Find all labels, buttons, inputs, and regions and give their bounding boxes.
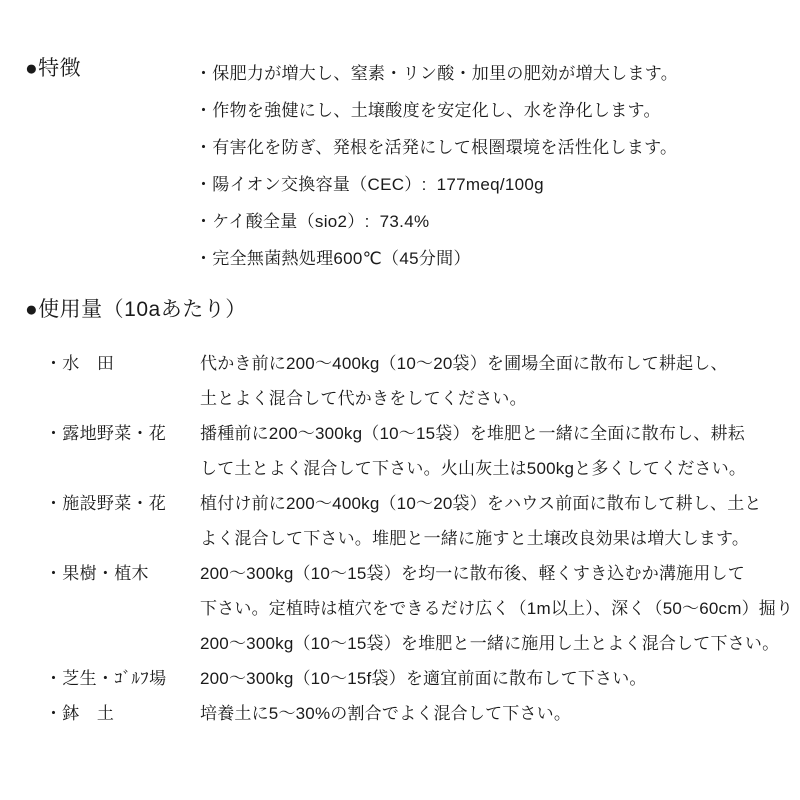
usage-text-line: 土とよく混合して代かきをしてください。 <box>200 381 800 416</box>
usage-row-paddy-field: ・水 田 代かき前に200～400kg（10～20袋）を圃場全面に散布して耕起し… <box>45 346 800 416</box>
usage-row-description: 植付け前に200～400kg（10～20袋）をハウス前面に散布して耕し、土と よ… <box>200 486 800 556</box>
feature-item: ・保肥力が増大し、窒素・リン酸・加里の肥効が増大します。 <box>195 55 678 92</box>
feature-item: ・有害化を防ぎ、発根を活発にして根圏環境を活性化します。 <box>195 129 678 166</box>
usage-row-label: ・芝生・ｺﾞﾙﾌ場 <box>45 661 200 696</box>
usage-text-line: して土とよく混合して下さい。火山灰土は500kgと多くしてください。 <box>200 451 800 486</box>
usage-table: ・水 田 代かき前に200～400kg（10～20袋）を圃場全面に散布して耕起し… <box>45 346 800 731</box>
usage-row-label: ・鉢 土 <box>45 696 200 731</box>
usage-row-label: ・水 田 <box>45 346 200 381</box>
usage-row-description: 培養土に5～30%の割合でよく混合して下さい。 <box>200 696 800 731</box>
usage-text-line: 代かき前に200～400kg（10～20袋）を圃場全面に散布して耕起し、 <box>200 346 800 381</box>
usage-row-label: ・果樹・植木 <box>45 556 200 591</box>
feature-item: ・ケイ酸全量（sio2）: 73.4% <box>195 203 678 240</box>
usage-row-description: 200～300kg（10～15f袋）を適宜前面に散布して下さい。 <box>200 661 800 696</box>
feature-list: ・保肥力が増大し、窒素・リン酸・加里の肥効が増大します。 ・作物を強健にし、土壌… <box>195 55 678 277</box>
usage-row-label: ・露地野菜・花 <box>45 416 200 451</box>
usage-row-description: 代かき前に200～400kg（10～20袋）を圃場全面に散布して耕起し、 土とよ… <box>200 346 800 416</box>
feature-item: ・作物を強健にし、土壌酸度を安定化し、水を浄化します。 <box>195 92 678 129</box>
document-page: ●特徴 ・保肥力が増大し、窒素・リン酸・加里の肥効が増大します。 ・作物を強健に… <box>0 0 800 800</box>
features-section: ●特徴 ・保肥力が増大し、窒素・リン酸・加里の肥効が増大します。 ・作物を強健に… <box>0 0 800 277</box>
usage-text-line: 200～300kg（10～15f袋）を適宜前面に散布して下さい。 <box>200 661 800 696</box>
usage-text-line: 播種前に200～300kg（10～15袋）を堆肥と一緒に全面に散布し、耕耘 <box>200 416 800 451</box>
usage-text-line: 培養土に5～30%の割合でよく混合して下さい。 <box>200 696 800 731</box>
usage-row-label: ・施設野菜・花 <box>45 486 200 521</box>
usage-text-line: 200～300kg（10～15袋）を均一に散布後、軽くすき込むか溝施用して <box>200 556 800 591</box>
usage-text-line: 200～300kg（10～15袋）を堆肥と一緒に施用し土とよく混合して下さい。 <box>200 626 800 661</box>
usage-row-fruit-trees-garden-trees: ・果樹・植木 200～300kg（10～15袋）を均一に散布後、軽くすき込むか溝… <box>45 556 800 661</box>
usage-row-greenhouse-vegetables-flowers: ・施設野菜・花 植付け前に200～400kg（10～20袋）をハウス前面に散布し… <box>45 486 800 556</box>
usage-text-line: 植付け前に200～400kg（10～20袋）をハウス前面に散布して耕し、土と <box>200 486 800 521</box>
feature-item: ・完全無菌熱処理600℃（45分間） <box>195 240 678 277</box>
features-heading: ●特徴 <box>25 55 195 83</box>
usage-text-line: 下さい。定植時は植穴をできるだけ広く（1m以上）、深く（50～60cm）掘り <box>200 591 800 626</box>
usage-row-pot-soil: ・鉢 土 培養土に5～30%の割合でよく混合して下さい。 <box>45 696 800 731</box>
usage-text-line: よく混合して下さい。堆肥と一緒に施すと土壌改良効果は増大します。 <box>200 521 800 556</box>
usage-row-description: 200～300kg（10～15袋）を均一に散布後、軽くすき込むか溝施用して 下さ… <box>200 556 800 661</box>
usage-row-description: 播種前に200～300kg（10～15袋）を堆肥と一緒に全面に散布し、耕耘 して… <box>200 416 800 486</box>
usage-row-open-field-vegetables-flowers: ・露地野菜・花 播種前に200～300kg（10～15袋）を堆肥と一緒に全面に散… <box>45 416 800 486</box>
usage-heading: ●使用量（10aあたり） <box>25 296 800 324</box>
feature-item: ・陽イオン交換容量（CEC）: 177meq/100g <box>195 166 678 203</box>
usage-row-lawn-golf-course: ・芝生・ｺﾞﾙﾌ場 200～300kg（10～15f袋）を適宜前面に散布して下さ… <box>45 661 800 696</box>
